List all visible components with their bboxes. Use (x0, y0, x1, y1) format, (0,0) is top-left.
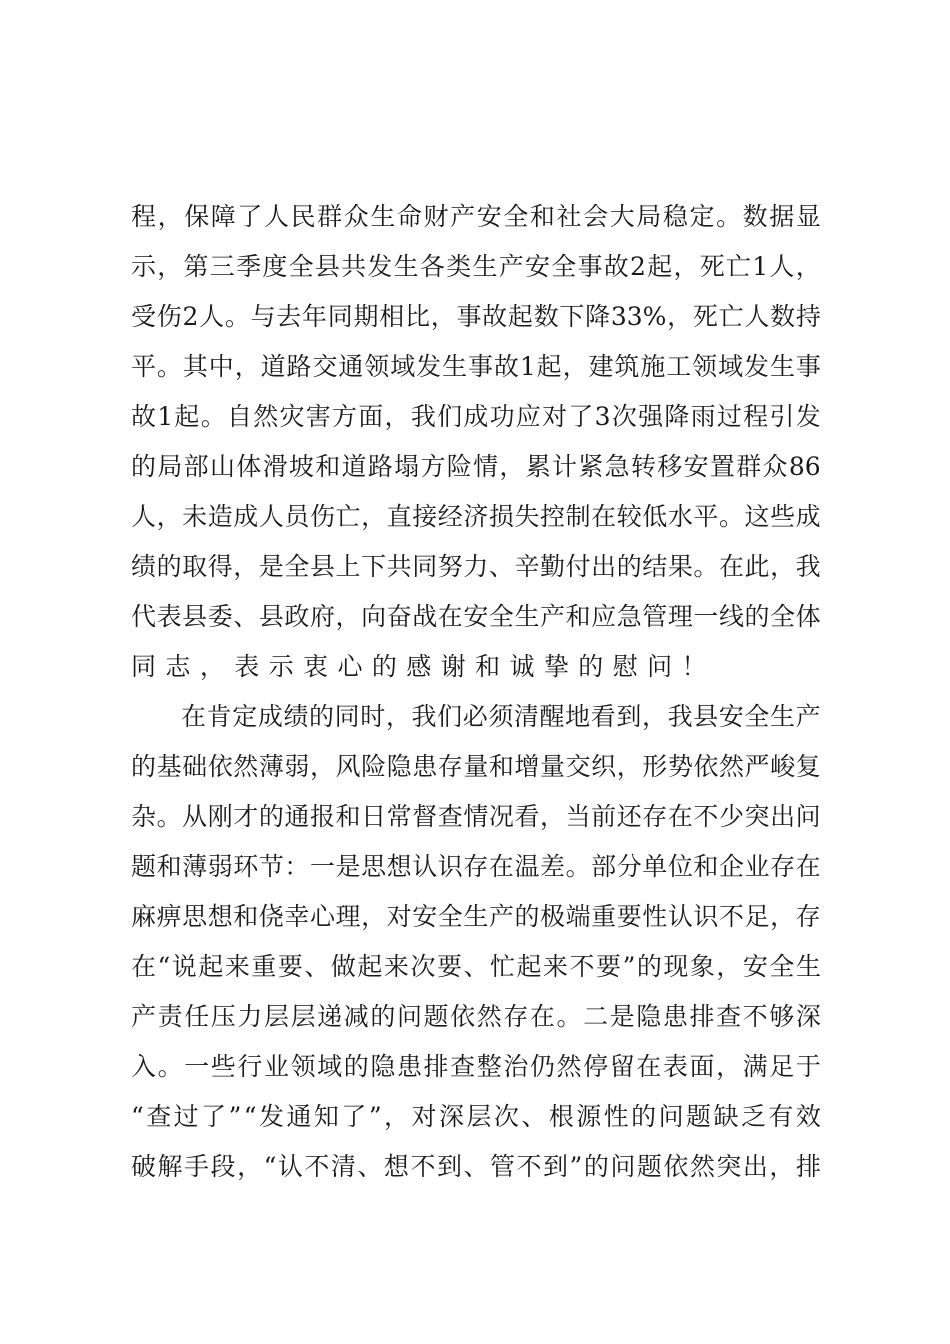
text-line: 题和薄弱环节：一是思想认识存在温差。部分单位和企业存在 (131, 842, 821, 892)
text-glyph: 亡 (719, 292, 744, 342)
text-glyph: 未 (182, 492, 207, 542)
text-glyph: 认 (412, 842, 437, 892)
text-glyph: 各 (420, 242, 445, 292)
text-glyph: 在 (438, 592, 463, 642)
text-glyph: 看 (514, 792, 539, 842)
text-glyph: 排 (796, 1142, 821, 1192)
text-glyph: 存 (503, 992, 528, 1042)
text-glyph: 故 (131, 392, 156, 442)
text-glyph: 86 (789, 442, 821, 492)
text-glyph: 我 (796, 542, 821, 592)
text-glyph: 故 (604, 242, 629, 292)
text-line: 受伤2人。与去年同期相比，事故起数下降33%，死亡人数持 (131, 292, 821, 342)
text-glyph: 破 (131, 1142, 156, 1192)
text-glyph: 委 (208, 592, 233, 642)
text-glyph: 来 (225, 942, 250, 992)
text-glyph: ， (716, 1042, 741, 1092)
text-glyph: 不 (570, 942, 595, 992)
text-glyph: 共 (387, 542, 412, 592)
text-glyph: 有 (768, 1092, 793, 1142)
text-glyph: 在 (181, 692, 206, 742)
text-glyph: 域 (390, 342, 415, 392)
text-glyph: 事 (796, 342, 821, 392)
text-glyph: 亡 (336, 492, 361, 542)
text-glyph: 心 (310, 892, 335, 942)
text-glyph: 生 (442, 342, 467, 392)
text-glyph: 控 (540, 492, 565, 542)
text-glyph: 环 (233, 842, 258, 892)
text-glyph: 与 (251, 292, 276, 342)
text-glyph: 问 (659, 1092, 684, 1142)
text-glyph: 同 (412, 542, 437, 592)
text-glyph: 的 (637, 942, 662, 992)
text-glyph: 上 (336, 542, 361, 592)
text-glyph: 问 (796, 792, 821, 842)
text-glyph: 财 (424, 192, 449, 242)
text-glyph: 风 (336, 742, 361, 792)
text-glyph: 压 (211, 992, 236, 1042)
text-glyph: 、 (357, 1142, 382, 1192)
text-glyph: 付 (566, 542, 591, 592)
text-glyph: 季 (236, 242, 261, 292)
text-glyph: 差 (540, 842, 565, 892)
text-glyph: 还 (617, 792, 642, 842)
text-glyph: 造 (208, 492, 233, 542)
text-glyph: 。 (157, 792, 182, 842)
text-glyph: 域 (718, 342, 743, 392)
text-glyph: 通 (284, 792, 309, 842)
text-glyph: ， (361, 492, 386, 542)
text-glyph: 取 (182, 542, 207, 592)
text-glyph: 想 (208, 892, 233, 942)
text-glyph: 急 (605, 442, 630, 492)
text-glyph: 对 (387, 892, 412, 942)
text-glyph: 这 (745, 492, 770, 542)
text-glyph: 政 (284, 592, 309, 642)
text-glyph: 位 (668, 842, 693, 892)
text-glyph: 存 (642, 792, 667, 842)
text-glyph: 产 (450, 192, 475, 242)
text-glyph: 年 (302, 292, 327, 342)
text-glyph: 灾 (279, 392, 304, 442)
text-glyph: 乏 (741, 1092, 766, 1142)
text-glyph: 。 (719, 492, 744, 542)
text-glyph: 我 (668, 692, 693, 742)
text-glyph: “ (264, 1142, 277, 1192)
text-glyph: 程 (743, 392, 768, 442)
text-glyph: 安 (719, 692, 744, 742)
text-glyph: 来 (543, 942, 568, 992)
text-glyph: ， (233, 542, 258, 592)
text-glyph: “ (244, 1092, 257, 1142)
text-glyph: 减 (344, 992, 369, 1042)
text-glyph: 1 (520, 342, 536, 392)
text-glyph: 滑 (263, 442, 288, 492)
text-glyph: 题 (424, 992, 449, 1042)
text-glyph: 成 (796, 492, 821, 542)
text-glyph: 在 (796, 842, 821, 892)
text-glyph: 思 (182, 892, 207, 942)
text-glyph: 我 (411, 392, 436, 442)
text-glyph: 段 (211, 1142, 236, 1192)
text-glyph: 命 (397, 192, 422, 242)
text-glyph: 复 (796, 742, 821, 792)
text-glyph: ” (229, 1092, 242, 1142)
text-glyph: 认 (278, 1142, 303, 1192)
text-glyph: 奋 (387, 592, 412, 642)
text-glyph: 起 (517, 942, 542, 992)
text-glyph: 患 (412, 742, 437, 792)
text-glyph: 依 (663, 1142, 688, 1192)
text-glyph: 依 (450, 992, 475, 1042)
text-glyph: 查 (146, 1092, 171, 1142)
text-glyph: 定 (689, 192, 714, 242)
text-glyph: 了 (201, 1092, 226, 1142)
text-glyph: ， (667, 292, 692, 342)
text-glyph: 够 (769, 992, 794, 1042)
text-glyph: ， (336, 592, 361, 642)
text-glyph: 督 (412, 792, 437, 842)
text-glyph: 效 (796, 1092, 821, 1142)
text-glyph: 部 (591, 842, 616, 892)
text-glyph: 济 (463, 492, 488, 542)
text-glyph: 端 (566, 892, 591, 942)
text-glyph: 社 (557, 192, 582, 242)
text-glyph: 层 (291, 992, 316, 1042)
text-glyph: 坡 (289, 442, 314, 492)
text-glyph: 数 (770, 292, 795, 342)
text-glyph: 人 (131, 492, 156, 542)
text-glyph: 险 (447, 442, 472, 492)
text-glyph: 依 (208, 742, 233, 792)
text-glyph: 生 (472, 242, 497, 292)
text-glyph: 勤 (540, 542, 565, 592)
text-glyph: 形 (642, 742, 667, 792)
text-glyph: 强 (638, 392, 663, 442)
text-glyph: 层 (264, 992, 289, 1042)
text-glyph: 、 (304, 942, 329, 992)
text-glyph: 路 (368, 442, 393, 492)
text-glyph: 平 (693, 492, 718, 542)
text-glyph: 和 (315, 442, 340, 492)
text-glyph: 分 (617, 842, 642, 892)
text-glyph: 地 (565, 692, 590, 742)
text-glyph: 量 (540, 742, 565, 792)
text-glyph: 肯 (207, 692, 232, 742)
text-glyph: 不 (304, 1142, 329, 1192)
text-glyph: 。 (158, 1042, 183, 1092)
text-glyph: 人 (264, 192, 289, 242)
text-glyph: 看 (591, 692, 616, 742)
text-glyph: 绩 (283, 692, 308, 742)
text-glyph: 通 (286, 1092, 311, 1142)
text-glyph: ， (385, 392, 410, 442)
text-glyph: ， (158, 192, 183, 242)
text-glyph: 同 (131, 642, 156, 692)
text-glyph: 整 (477, 1042, 502, 1092)
text-glyph: 县 (259, 592, 284, 642)
text-glyph: 降 (585, 292, 610, 342)
text-glyph: 患 (663, 992, 688, 1042)
text-glyph: 群 (736, 442, 761, 492)
text-line: 故1起。自然灾害方面，我们成功应对了3次强降雨过程引发 (131, 392, 821, 442)
text-glyph: 全 (289, 242, 314, 292)
text-glyph: 当 (566, 792, 591, 842)
text-glyph: 、 (233, 592, 258, 642)
text-line-indented: 在肯定成绩的同时，我们必须清醒地看到，我县安全生产 (131, 692, 821, 742)
text-glyph: 停 (583, 1042, 608, 1092)
text-glyph: 伤 (310, 492, 335, 542)
text-glyph: 大 (610, 192, 635, 242)
text-glyph: 急 (617, 592, 642, 642)
text-glyph: 。 (201, 392, 226, 442)
text-glyph: 出 (743, 1142, 768, 1192)
text-glyph: 深 (439, 1092, 464, 1142)
text-glyph: ， (235, 342, 260, 392)
text-glyph: 突 (745, 792, 770, 842)
text-glyph: 体 (796, 592, 821, 642)
text-glyph: 示 (131, 242, 156, 292)
text-glyph: 、 (463, 942, 488, 992)
text-glyph: 的 (745, 592, 770, 642)
text-glyph: 众 (763, 442, 788, 492)
text-glyph: 受 (131, 292, 156, 342)
text-glyph: 清 (331, 1142, 356, 1192)
text-glyph: 的 (631, 1092, 656, 1142)
text-glyph: 性 (604, 1092, 629, 1142)
text-glyph: 出 (770, 792, 795, 842)
text-glyph: 少 (719, 792, 744, 842)
text-glyph: 起 (357, 942, 382, 992)
text-glyph: 定 (232, 692, 257, 742)
text-glyph: 行 (237, 1042, 262, 1092)
text-glyph: 杂 (131, 792, 156, 842)
text-glyph: 道 (342, 442, 367, 492)
text-glyph: 相 (379, 292, 404, 342)
text-glyph: 33% (611, 292, 667, 342)
text-glyph: 路 (287, 342, 312, 392)
text-glyph: 隐 (370, 1042, 395, 1092)
text-glyph: 做 (331, 942, 356, 992)
text-glyph: 查 (438, 792, 463, 842)
text-glyph: 全 (284, 542, 309, 592)
text-glyph: 发 (744, 342, 769, 392)
text-glyph: 去 (276, 292, 301, 342)
text-glyph: 数 (743, 192, 768, 242)
text-glyph: 的 (157, 542, 182, 592)
text-glyph: 失 (514, 492, 539, 542)
text-glyph: 础 (182, 742, 207, 792)
text-glyph: 交 (566, 742, 591, 792)
text-glyph: 起 (174, 392, 199, 442)
text-glyph: ” (570, 1142, 583, 1192)
text-glyph: 方 (332, 392, 357, 442)
text-glyph: 弱 (284, 742, 309, 792)
text-glyph: 深 (796, 992, 821, 1042)
text-glyph: 水 (668, 492, 693, 542)
text-glyph: 显 (796, 192, 821, 242)
text-glyph: 责 (158, 992, 183, 1042)
text-glyph: 保 (184, 192, 209, 242)
text-glyph: 现 (663, 942, 688, 992)
text-glyph: 安 (743, 942, 768, 992)
text-glyph: 企 (719, 842, 744, 892)
text-glyph: 忙 (490, 942, 515, 992)
text-glyph: 1 (752, 242, 768, 292)
text-glyph: 和 (233, 892, 258, 942)
text-glyph: ， (431, 292, 456, 342)
text-glyph: 较 (617, 492, 642, 542)
text-glyph: 比 (405, 292, 430, 342)
text-glyph: 节 (259, 842, 284, 892)
text-glyph: 从 (182, 792, 207, 842)
text-glyph: 此 (745, 542, 770, 592)
text-glyph: 治 (503, 1042, 528, 1092)
text-glyph: 全 (489, 592, 514, 642)
text-glyph: 和 (566, 592, 591, 642)
text-glyph: 须 (488, 692, 513, 742)
text-glyph: 体 (236, 442, 261, 492)
text-glyph: 事 (578, 242, 603, 292)
text-glyph: 和 (157, 842, 182, 892)
text-glyph: 生 (514, 592, 539, 642)
text-glyph: 员 (284, 492, 309, 542)
text-line-last: 同志，表示衷心的感谢和诚挚的慰问！ (131, 642, 821, 692)
text-glyph: 然 (719, 742, 744, 792)
text-glyph: 引 (769, 392, 794, 442)
text-glyph: 表 (234, 642, 259, 692)
text-glyph: 产 (499, 242, 524, 292)
text-glyph: 。 (716, 192, 741, 242)
text-glyph: 施 (640, 342, 665, 392)
text-glyph: 一 (310, 842, 335, 892)
text-glyph: 期 (354, 292, 379, 342)
text-glyph: 一 (693, 592, 718, 642)
text-line: 程，保障了人民群众生命财产安全和社会大局稳定。数据显 (131, 192, 821, 242)
text-glyph: 来 (384, 942, 409, 992)
text-glyph: ， (157, 492, 182, 542)
text-glyph: 到 (616, 692, 641, 742)
text-glyph: 排 (689, 992, 714, 1042)
document-page: 程，保障了人民群众生命财产安全和社会大局稳定。数据显 示，第三季度全县共发生各类… (0, 0, 950, 1344)
text-glyph: 在 (719, 542, 744, 592)
text-glyph: 的 (514, 892, 539, 942)
text-glyph: 故 (494, 342, 519, 392)
text-glyph: 极 (540, 892, 565, 942)
text-glyph: ， (310, 742, 335, 792)
text-glyph: 成 (258, 692, 283, 742)
text-glyph: 表 (157, 592, 182, 642)
text-glyph: 生 (394, 242, 419, 292)
text-glyph: 民 (291, 192, 316, 242)
text-glyph: 问 (610, 1142, 635, 1192)
text-glyph: 事 (456, 292, 481, 342)
text-glyph: ， (770, 542, 795, 592)
text-glyph: ， (563, 342, 588, 392)
text-glyph: 查 (716, 992, 741, 1042)
text-line: 麻痹思想和侥幸心理，对安全生产的极端重要性认识不足，存 (131, 892, 821, 942)
text-glyph: ， (716, 942, 741, 992)
text-glyph: 交 (312, 342, 337, 392)
text-glyph: 留 (610, 1042, 635, 1092)
text-glyph: ， (642, 692, 667, 742)
text-glyph: 管 (642, 592, 667, 642)
text-glyph: 日 (361, 792, 386, 842)
text-glyph: 存 (796, 892, 821, 942)
text-glyph: 功 (490, 392, 515, 442)
text-glyph: 些 (770, 492, 795, 542)
text-glyph: 到 (543, 1142, 568, 1192)
text-glyph: 结 (642, 542, 667, 592)
text-glyph: 不 (517, 1142, 542, 1192)
text-glyph: 满 (743, 1042, 768, 1092)
text-glyph: 生 (463, 892, 488, 942)
text-glyph: 领 (364, 342, 389, 392)
text-glyph: 通 (338, 342, 363, 392)
text-glyph: 全 (438, 892, 463, 942)
text-glyph: 醒 (540, 692, 565, 742)
text-glyph: 。 (566, 842, 591, 892)
text-glyph: 生 (370, 192, 395, 242)
text-glyph: 成 (233, 492, 258, 542)
text-glyph: 织 (591, 742, 616, 792)
text-glyph: 刚 (208, 792, 233, 842)
text-glyph: 累 (526, 442, 551, 492)
text-glyph: 直 (387, 492, 412, 542)
text-glyph: 隐 (636, 992, 661, 1042)
text-glyph: 县 (315, 242, 340, 292)
text-glyph: 才 (233, 792, 258, 842)
text-glyph: 产 (131, 992, 156, 1042)
text-glyph: 领 (692, 342, 717, 392)
text-glyph: 中 (209, 342, 234, 392)
text-glyph: 障 (211, 192, 236, 242)
text-glyph: 安 (463, 592, 488, 642)
text-glyph: 3 (595, 392, 611, 442)
text-line: 产责任压力层层递减的问题依然存在。二是隐患排查不够深 (131, 992, 821, 1042)
text-glyph: 雨 (691, 392, 716, 442)
text-glyph: 建 (588, 342, 613, 392)
text-glyph: 亡 (726, 242, 751, 292)
text-glyph: 和 (489, 742, 514, 792)
text-glyph: 的 (372, 642, 397, 692)
text-glyph: ， (386, 692, 411, 742)
text-glyph: 是 (610, 992, 635, 1042)
text-glyph: 向 (361, 592, 386, 642)
text-glyph: 象 (690, 942, 715, 992)
text-glyph: 。 (225, 292, 250, 342)
text-glyph: 痹 (157, 892, 182, 942)
text-glyph: 人 (259, 492, 284, 542)
text-glyph: 面 (689, 1042, 714, 1092)
text-glyph: ， (499, 442, 524, 492)
text-glyph: 力 (463, 542, 488, 592)
text-glyph: 。 (693, 542, 718, 592)
text-glyph: ， (770, 892, 795, 942)
text-glyph: 险 (361, 742, 386, 792)
text-glyph: 前 (591, 792, 616, 842)
text-glyph: 域 (317, 1042, 342, 1092)
text-glyph: 业 (264, 1042, 289, 1092)
text-glyph: 诚 (509, 642, 534, 692)
text-glyph: 慰 (613, 642, 638, 692)
text-glyph: 情 (473, 442, 498, 492)
text-glyph: 山 (210, 442, 235, 492)
text-glyph: 严 (745, 742, 770, 792)
text-glyph: 不 (719, 892, 744, 942)
text-glyph: 人 (769, 242, 794, 292)
text-glyph: 成 (463, 392, 488, 442)
